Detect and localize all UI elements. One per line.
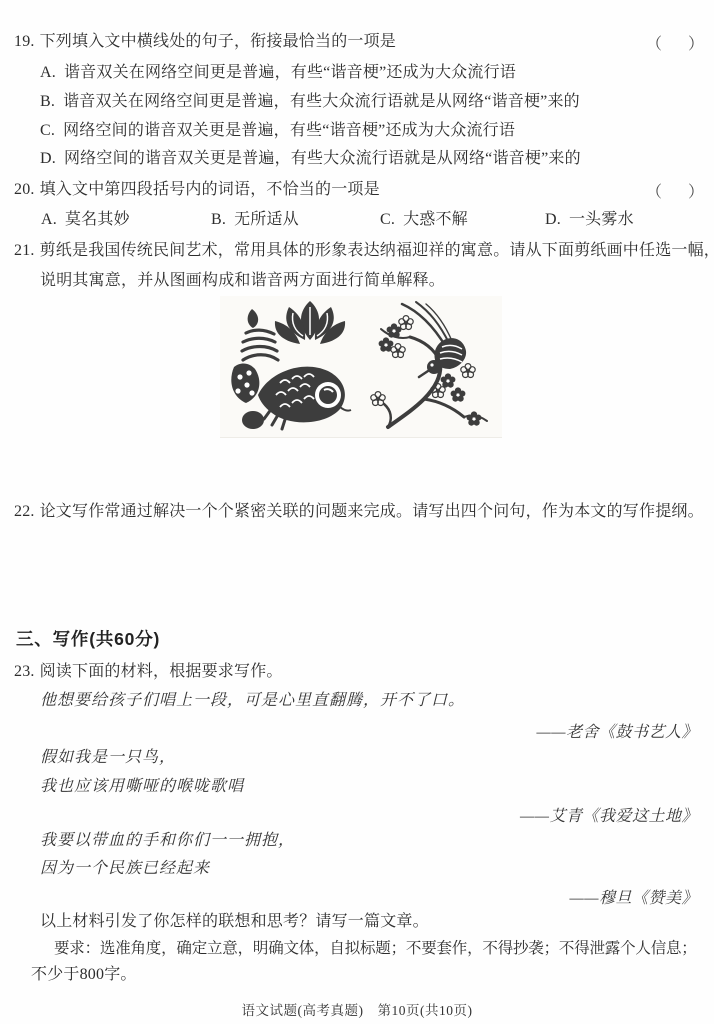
question-23-number: 23.	[14, 663, 35, 680]
material-3-line1: 我要以带血的手和你们一一拥抱，	[40, 830, 295, 851]
exam-page: 19.下列填入文中横线处的句子，衔接最恰当的一项是 （ ） A.谐音双关在网络空…	[0, 0, 714, 1024]
question-20-stem: 填入文中第四段括号内的词语，不恰当的一项是	[40, 181, 380, 198]
question-23-requirements-line2: 不少于800字。	[31, 964, 137, 985]
option-d-label: D.	[545, 211, 561, 228]
question-20-option-a: A.莫名其妙	[41, 209, 130, 230]
option-c-label: C.	[380, 211, 395, 228]
question-19-number: 19.	[14, 33, 35, 50]
question-21-stem-line1: 21.剪纸是我国传统民间艺术，常用具体的形象表达纳福迎祥的寓意。请从下面剪纸画中…	[14, 240, 714, 261]
question-23-requirements-line1: 要求：选准角度，确定立意，明确文体，自拟标题；不要套作，不得抄袭；不得泄露个人信…	[54, 938, 697, 959]
option-d-label: D.	[40, 150, 56, 167]
material-1-text: 他想要给孩子们唱上一段，可是心里直翻腾，开不了口。	[40, 690, 465, 711]
material-2-source: ——艾青《我爱这土地》	[520, 803, 698, 826]
material-1-source: ——老舍《鼓书艺人》	[537, 719, 698, 742]
section-3-heading: 三、写作(共60分)	[16, 629, 160, 650]
option-a-label: A.	[40, 64, 56, 81]
option-b-label: B.	[211, 211, 226, 228]
question-23-prompt: 以上材料引发了你怎样的联想和思考？请写一篇文章。	[40, 911, 429, 932]
material-3-source: ——穆旦《赞美》	[570, 885, 698, 908]
question-19-option-c: C.网络空间的谐音双关更是普遍，有些“谐音梗”还成为大众流行语	[40, 120, 515, 141]
option-b-text: 无所适从	[234, 211, 299, 228]
question-22-stem-line: 22.论文写作常通过解决一个个紧密关联的问题来完成。请写出四个问句，作为本文的写…	[14, 501, 704, 522]
question-22-stem: 论文写作常通过解决一个个紧密关联的问题来完成。请写出四个问句，作为本文的写作提纲…	[40, 503, 704, 520]
question-21-number: 21.	[14, 242, 35, 259]
option-d-text: 网络空间的谐音双关更是普遍，有些大众流行语就是从网络“谐音梗”来的	[64, 150, 581, 167]
question-20-number: 20.	[14, 181, 35, 198]
question-19-stem: 下列填入文中横线处的句子，衔接最恰当的一项是	[40, 33, 396, 50]
material-2-line2: 我也应该用嘶哑的喉咙歌唱	[40, 776, 244, 797]
option-b-text: 谐音双关在网络空间更是普遍，有些大众流行语就是从网络“谐音梗”来的	[63, 93, 580, 110]
question-19-option-b: B.谐音双关在网络空间更是普遍，有些大众流行语就是从网络“谐音梗”来的	[40, 91, 580, 112]
papercut-photos	[220, 296, 502, 438]
question-19-stem-line: 19.下列填入文中横线处的句子，衔接最恰当的一项是	[14, 31, 396, 52]
option-b-label: B.	[40, 93, 55, 110]
magpie-plum-papercut-image	[368, 299, 500, 435]
question-23-stem-line: 23.阅读下面的材料，根据要求写作。	[14, 661, 283, 682]
question-19-answer-bracket: （ ）	[646, 31, 709, 54]
option-c-text: 大惑不解	[403, 211, 468, 228]
page-footer: 语文试题(高考真题) 第10页(共10页)	[0, 999, 714, 1019]
question-21-stem1: 剪纸是我国传统民间艺术，常用具体的形象表达纳福迎祥的寓意。请从下面剪纸画中任选一…	[40, 242, 714, 259]
material-3-line2: 因为一个民族已经起来	[40, 858, 210, 879]
question-19-option-a: A.谐音双关在网络空间更是普遍，有些“谐音梗”还成为大众流行语	[40, 62, 516, 83]
option-a-text: 莫名其妙	[65, 211, 130, 228]
question-21-stem2: 说明其寓意，并从图画构成和谐音两方面进行简单解释。	[40, 272, 445, 289]
question-20-answer-bracket: （ ）	[646, 179, 709, 202]
option-a-text: 谐音双关在网络空间更是普遍，有些“谐音梗”还成为大众流行语	[64, 64, 516, 81]
option-c-label: C.	[40, 122, 55, 139]
option-c-text: 网络空间的谐音双关更是普遍，有些“谐音梗”还成为大众流行语	[63, 122, 515, 139]
question-20-option-c: C.大惑不解	[380, 209, 468, 230]
fish-lotus-papercut-image	[222, 299, 364, 435]
question-22-number: 22.	[14, 503, 35, 520]
question-20-option-b: B.无所适从	[211, 209, 299, 230]
question-21-stem-line2: 说明其寓意，并从图画构成和谐音两方面进行简单解释。	[40, 270, 445, 291]
question-20-stem-line: 20.填入文中第四段括号内的词语，不恰当的一项是	[14, 179, 380, 200]
material-2-line1: 假如我是一只鸟，	[40, 747, 176, 768]
question-19-option-d: D.网络空间的谐音双关更是普遍，有些大众流行语就是从网络“谐音梗”来的	[40, 148, 581, 169]
option-d-text: 一头雾水	[569, 211, 634, 228]
question-20-option-d: D.一头雾水	[545, 209, 634, 230]
question-23-stem: 阅读下面的材料，根据要求写作。	[40, 663, 283, 680]
option-a-label: A.	[41, 211, 57, 228]
